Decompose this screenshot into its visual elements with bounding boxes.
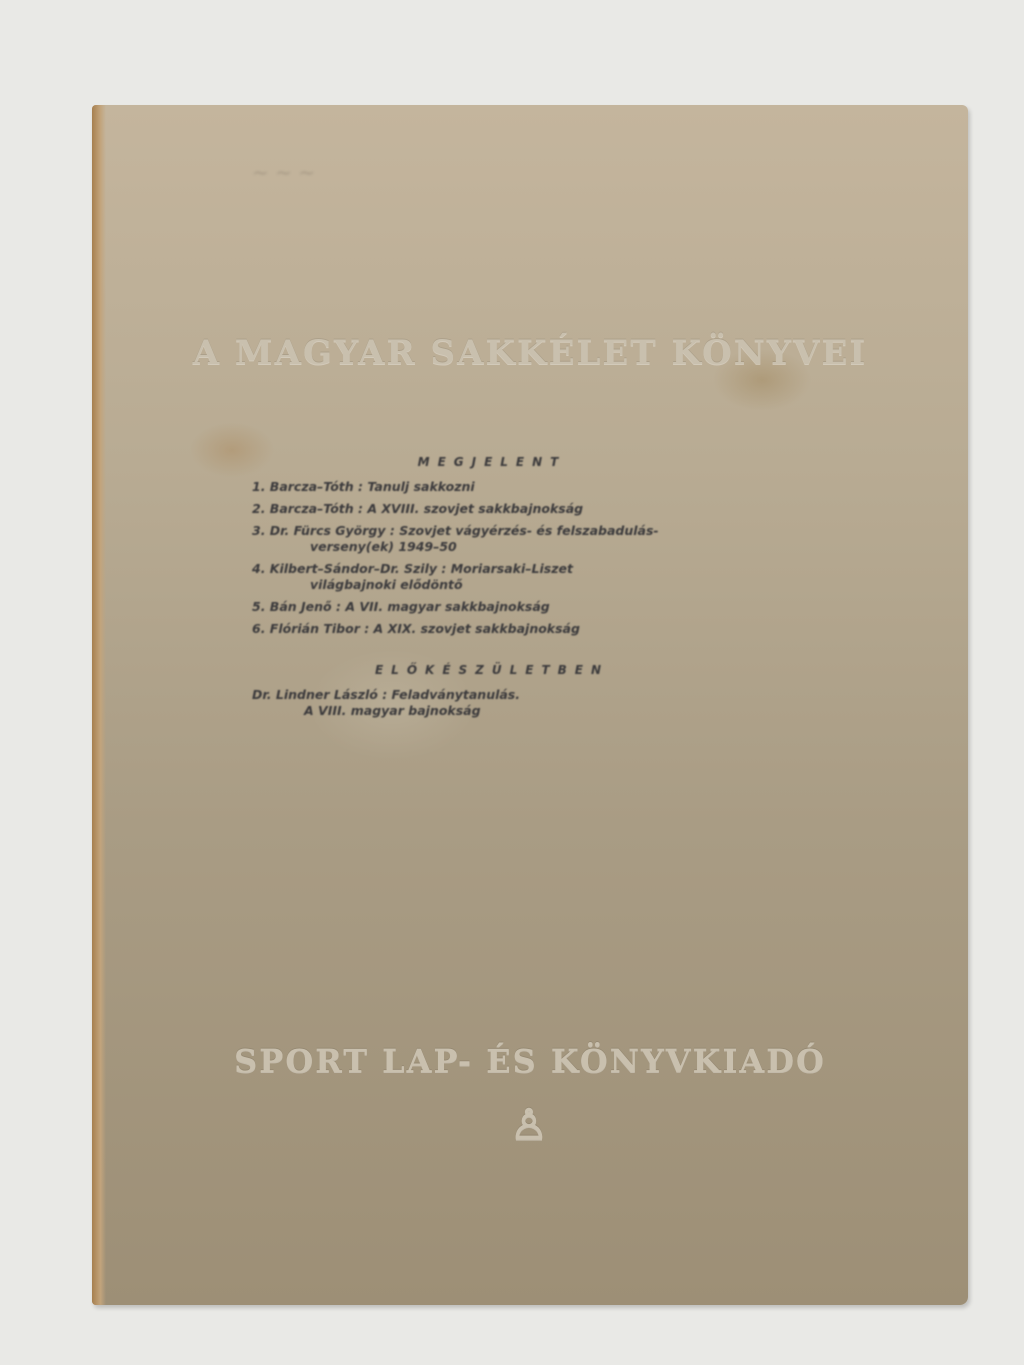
published-heading: MEGJELENT [252, 455, 732, 469]
publisher-name: SPORT LAP- ÉS KÖNYVKIADÓ [92, 1042, 968, 1080]
list-item: 4. Kilbert–Sándor–Dr. Szily : Moriarsaki… [252, 561, 732, 593]
book-back-cover: ~ ~ ~ A MAGYAR SAKKÉLET KÖNYVEI MEGJELEN… [92, 105, 968, 1305]
list-item: 1. Barcza–Tóth : Tanulj sakkozni [252, 479, 732, 495]
list-item: Dr. Lindner László : Feladványtanulás. A… [252, 687, 732, 719]
pencil-scribble: ~ ~ ~ [252, 160, 392, 200]
chess-pawn-logo-icon: ♙ [92, 1100, 968, 1149]
list-item: 2. Barcza–Tóth : A XVIII. szovjet sakkba… [252, 501, 732, 517]
list-item: 3. Dr. Fürcs György : Szovjet vágyérzés-… [252, 523, 732, 555]
series-title: A MAGYAR SAKKÉLET KÖNYVEI [92, 333, 968, 373]
book-list: MEGJELENT 1. Barcza–Tóth : Tanulj sakkoz… [252, 455, 732, 725]
list-item: 6. Flórián Tibor : A XIX. szovjet sakkba… [252, 621, 732, 637]
list-item: 5. Bán Jenő : A VII. magyar sakkbajnoksá… [252, 599, 732, 615]
forthcoming-heading: ELŐKÉSZÜLETBEN [252, 663, 732, 677]
